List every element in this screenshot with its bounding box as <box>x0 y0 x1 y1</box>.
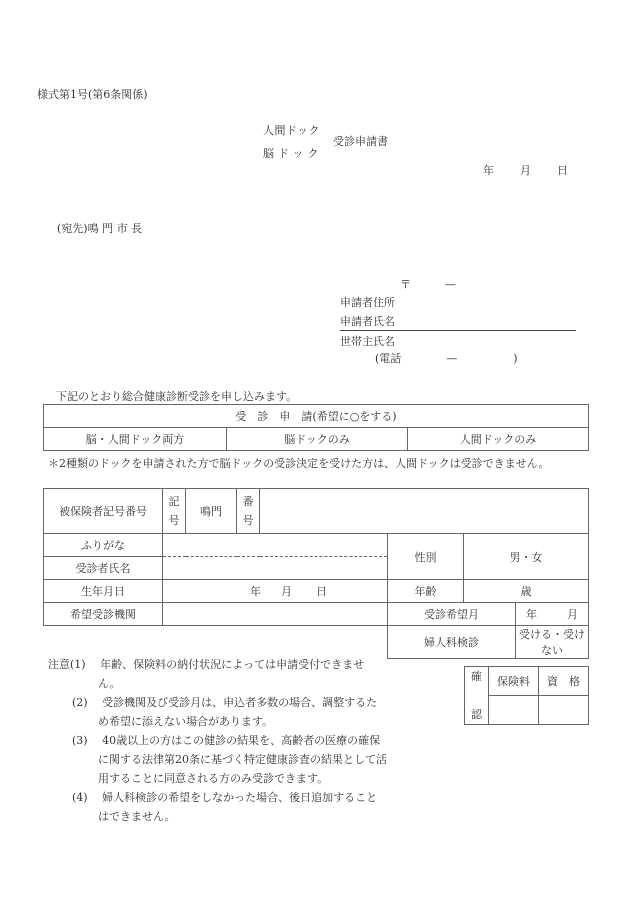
applicant-address-label: 申請者住所 <box>340 294 395 310</box>
premium-check[interactable] <box>489 696 539 725</box>
age-label: 年齢 <box>388 580 464 603</box>
form-id: 様式第1号(第6条関係) <box>37 86 148 102</box>
application-table: 受 診 申 請(希望に○をする) 脳・人間ドック両方 脳ドックのみ 人間ドックの… <box>43 404 589 451</box>
postal-mark: 〒 <box>400 278 411 291</box>
confirmation-label: 確認 <box>465 667 489 725</box>
symbol-label: 記号 <box>163 489 186 534</box>
institution-label: 希望受診機関 <box>44 603 163 626</box>
applicant-name-field[interactable]: 申請者氏名 <box>340 313 576 331</box>
month-input[interactable]: 年月 <box>516 603 589 626</box>
title-option-brain-dock: 脳ドック <box>263 145 323 161</box>
sex-options[interactable]: 男・女 <box>464 534 589 580</box>
symbol-value: 鳴門 <box>186 489 237 534</box>
sex-label: 性別 <box>388 534 464 580</box>
option-human-only[interactable]: 人間ドックのみ <box>408 428 589 451</box>
phone-dash: — <box>446 352 457 365</box>
premium-header: 保険料 <box>489 667 539 696</box>
qualification-header: 資 格 <box>539 667 589 696</box>
notes: 注意(1) 年齢、保険料の納付状況によっては申請受付できませ ん。 (2) 受診… <box>48 655 387 826</box>
age-input[interactable]: 歳 <box>464 580 589 603</box>
applicant-name-label: 申請者氏名 <box>340 315 395 328</box>
date-line: 年月日 <box>483 162 568 178</box>
furigana-label: ふりがな <box>44 534 163 557</box>
postal-code-field[interactable]: 〒— <box>400 276 456 292</box>
month-label: 受診希望月 <box>388 603 516 626</box>
qualification-check[interactable] <box>539 696 589 725</box>
gyn-options[interactable]: 受ける・受けない <box>516 626 589 659</box>
name-input[interactable] <box>163 557 388 580</box>
name-label: 受診者氏名 <box>44 557 163 580</box>
application-header: 受 診 申 請(希望に○をする) <box>44 405 589 428</box>
note-3: (3) 40歳以上の方はこの健診の結果を、高齢者の医療の確保 に関する法律第20… <box>48 731 387 788</box>
note-1: 注意(1) 年齢、保険料の納付状況によっては申請受付できませ ん。 <box>48 655 387 693</box>
phone-open: (電話 <box>375 352 401 365</box>
note-4: (4) 婦人科検診の希望をしなかった場合、後日追加すること はできません。 <box>48 788 387 826</box>
birthdate-input[interactable]: 年月日 <box>163 580 388 603</box>
date-day: 日 <box>557 162 568 178</box>
phone-field[interactable]: (電話—) <box>375 350 518 366</box>
insured-number-input[interactable] <box>260 489 589 534</box>
option-brain-only[interactable]: 脳ドックのみ <box>227 428 408 451</box>
details-table: 被保険者記号番号 記号 鳴門 番号 ふりがな 性別 男・女 受診者氏名 生年月日… <box>43 488 589 659</box>
postal-dash: — <box>445 278 456 291</box>
note-2: (2) 受診機関及び受診月は、申込者多数の場合、調整するた め希望に添えない場合… <box>48 693 387 731</box>
addressee: (宛先)鳴 門 市 長 <box>57 220 142 236</box>
confirmation-table: 確認 保険料 資 格 <box>464 666 589 725</box>
phone-close: ) <box>513 352 517 365</box>
asterisk-note: ＊2種類のドックを申請された方で脳ドックの受診決定を受けた方は、人間ドックは受診… <box>48 455 549 471</box>
institution-input[interactable] <box>163 603 388 626</box>
intro-text: 下記のとおり総合健康診断受診を申し込みます。 <box>56 388 297 404</box>
title-option-human-dock: 人間ドック <box>263 122 320 138</box>
gyn-label: 婦人科検診 <box>388 626 516 659</box>
date-month: 月 <box>520 162 531 178</box>
number-label: 番号 <box>237 489 260 534</box>
date-year: 年 <box>483 162 494 178</box>
household-head-label: 世帯主氏名 <box>340 333 395 349</box>
insured-number-label: 被保険者記号番号 <box>44 489 163 534</box>
birthdate-label: 生年月日 <box>44 580 163 603</box>
option-both[interactable]: 脳・人間ドック両方 <box>44 428 227 451</box>
furigana-input[interactable] <box>163 534 388 557</box>
page-title: 受診申請書 <box>333 133 388 149</box>
